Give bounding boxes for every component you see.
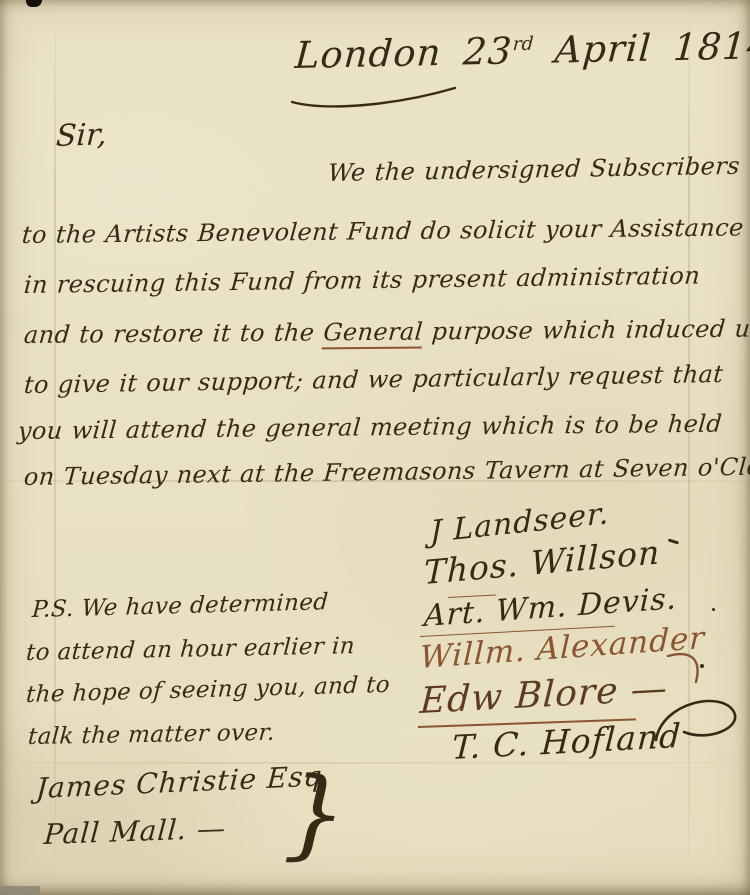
- salutation: Sir,: [55, 118, 107, 153]
- signature-blore: Edw Blore —: [419, 669, 669, 722]
- addressee-name: James Christie Esq: [35, 761, 324, 804]
- addressee-brace: }: [282, 764, 348, 864]
- postscript-line: to attend an hour earlier in: [25, 634, 356, 666]
- body-line: on Tuesday next at the Freemasons Tavern…: [23, 453, 750, 490]
- scan-artifact-bottom-left: [0, 886, 40, 895]
- addressee-address: Pall Mall. —: [43, 814, 227, 851]
- signature-hofland: T. C. Hofland: [451, 718, 682, 766]
- ink-dash-mark: [668, 538, 679, 544]
- body-line4-post: purpose which induced us: [431, 315, 750, 346]
- postscript-line: talk the matter over.: [27, 721, 276, 751]
- paper-crease-horizontal-low: [0, 762, 750, 764]
- dateline-city: London: [294, 31, 443, 77]
- body-line: you will attend the general meeting whic…: [17, 411, 723, 445]
- body-line: and to restore it to the General purpose…: [23, 316, 750, 349]
- underlined-word-general: General: [322, 318, 424, 350]
- postscript-line: the hope of seeing you, and to: [25, 673, 390, 709]
- ink-dot-mark: [700, 664, 704, 668]
- ink-dot-mark: [712, 608, 715, 611]
- body-line-opening: We the undersigned Subscribers: [327, 153, 741, 187]
- scan-artifact-top-edge: [26, 0, 42, 7]
- dateline-ordinal: rd: [512, 34, 534, 55]
- letter-page: London 23rd April 1814. Sir, We the unde…: [0, 0, 750, 895]
- postscript-line: P.S. We have determined: [31, 590, 329, 623]
- dateline-rest: April 1814.: [553, 24, 750, 72]
- body-line: to the Artists Benevolent Fund do solici…: [21, 214, 745, 248]
- body-line: in rescuing this Fund from its present a…: [23, 263, 701, 299]
- paper-crease-vertical-right: [688, 0, 690, 895]
- dateline-day: 23rd: [462, 29, 535, 74]
- dateline: London 23rd April 1814.: [294, 26, 750, 77]
- body-line: to give it our support; and we particula…: [23, 361, 724, 398]
- dateline-flourish: [288, 82, 460, 110]
- body-line4-pre: and to restore it to the: [23, 318, 316, 349]
